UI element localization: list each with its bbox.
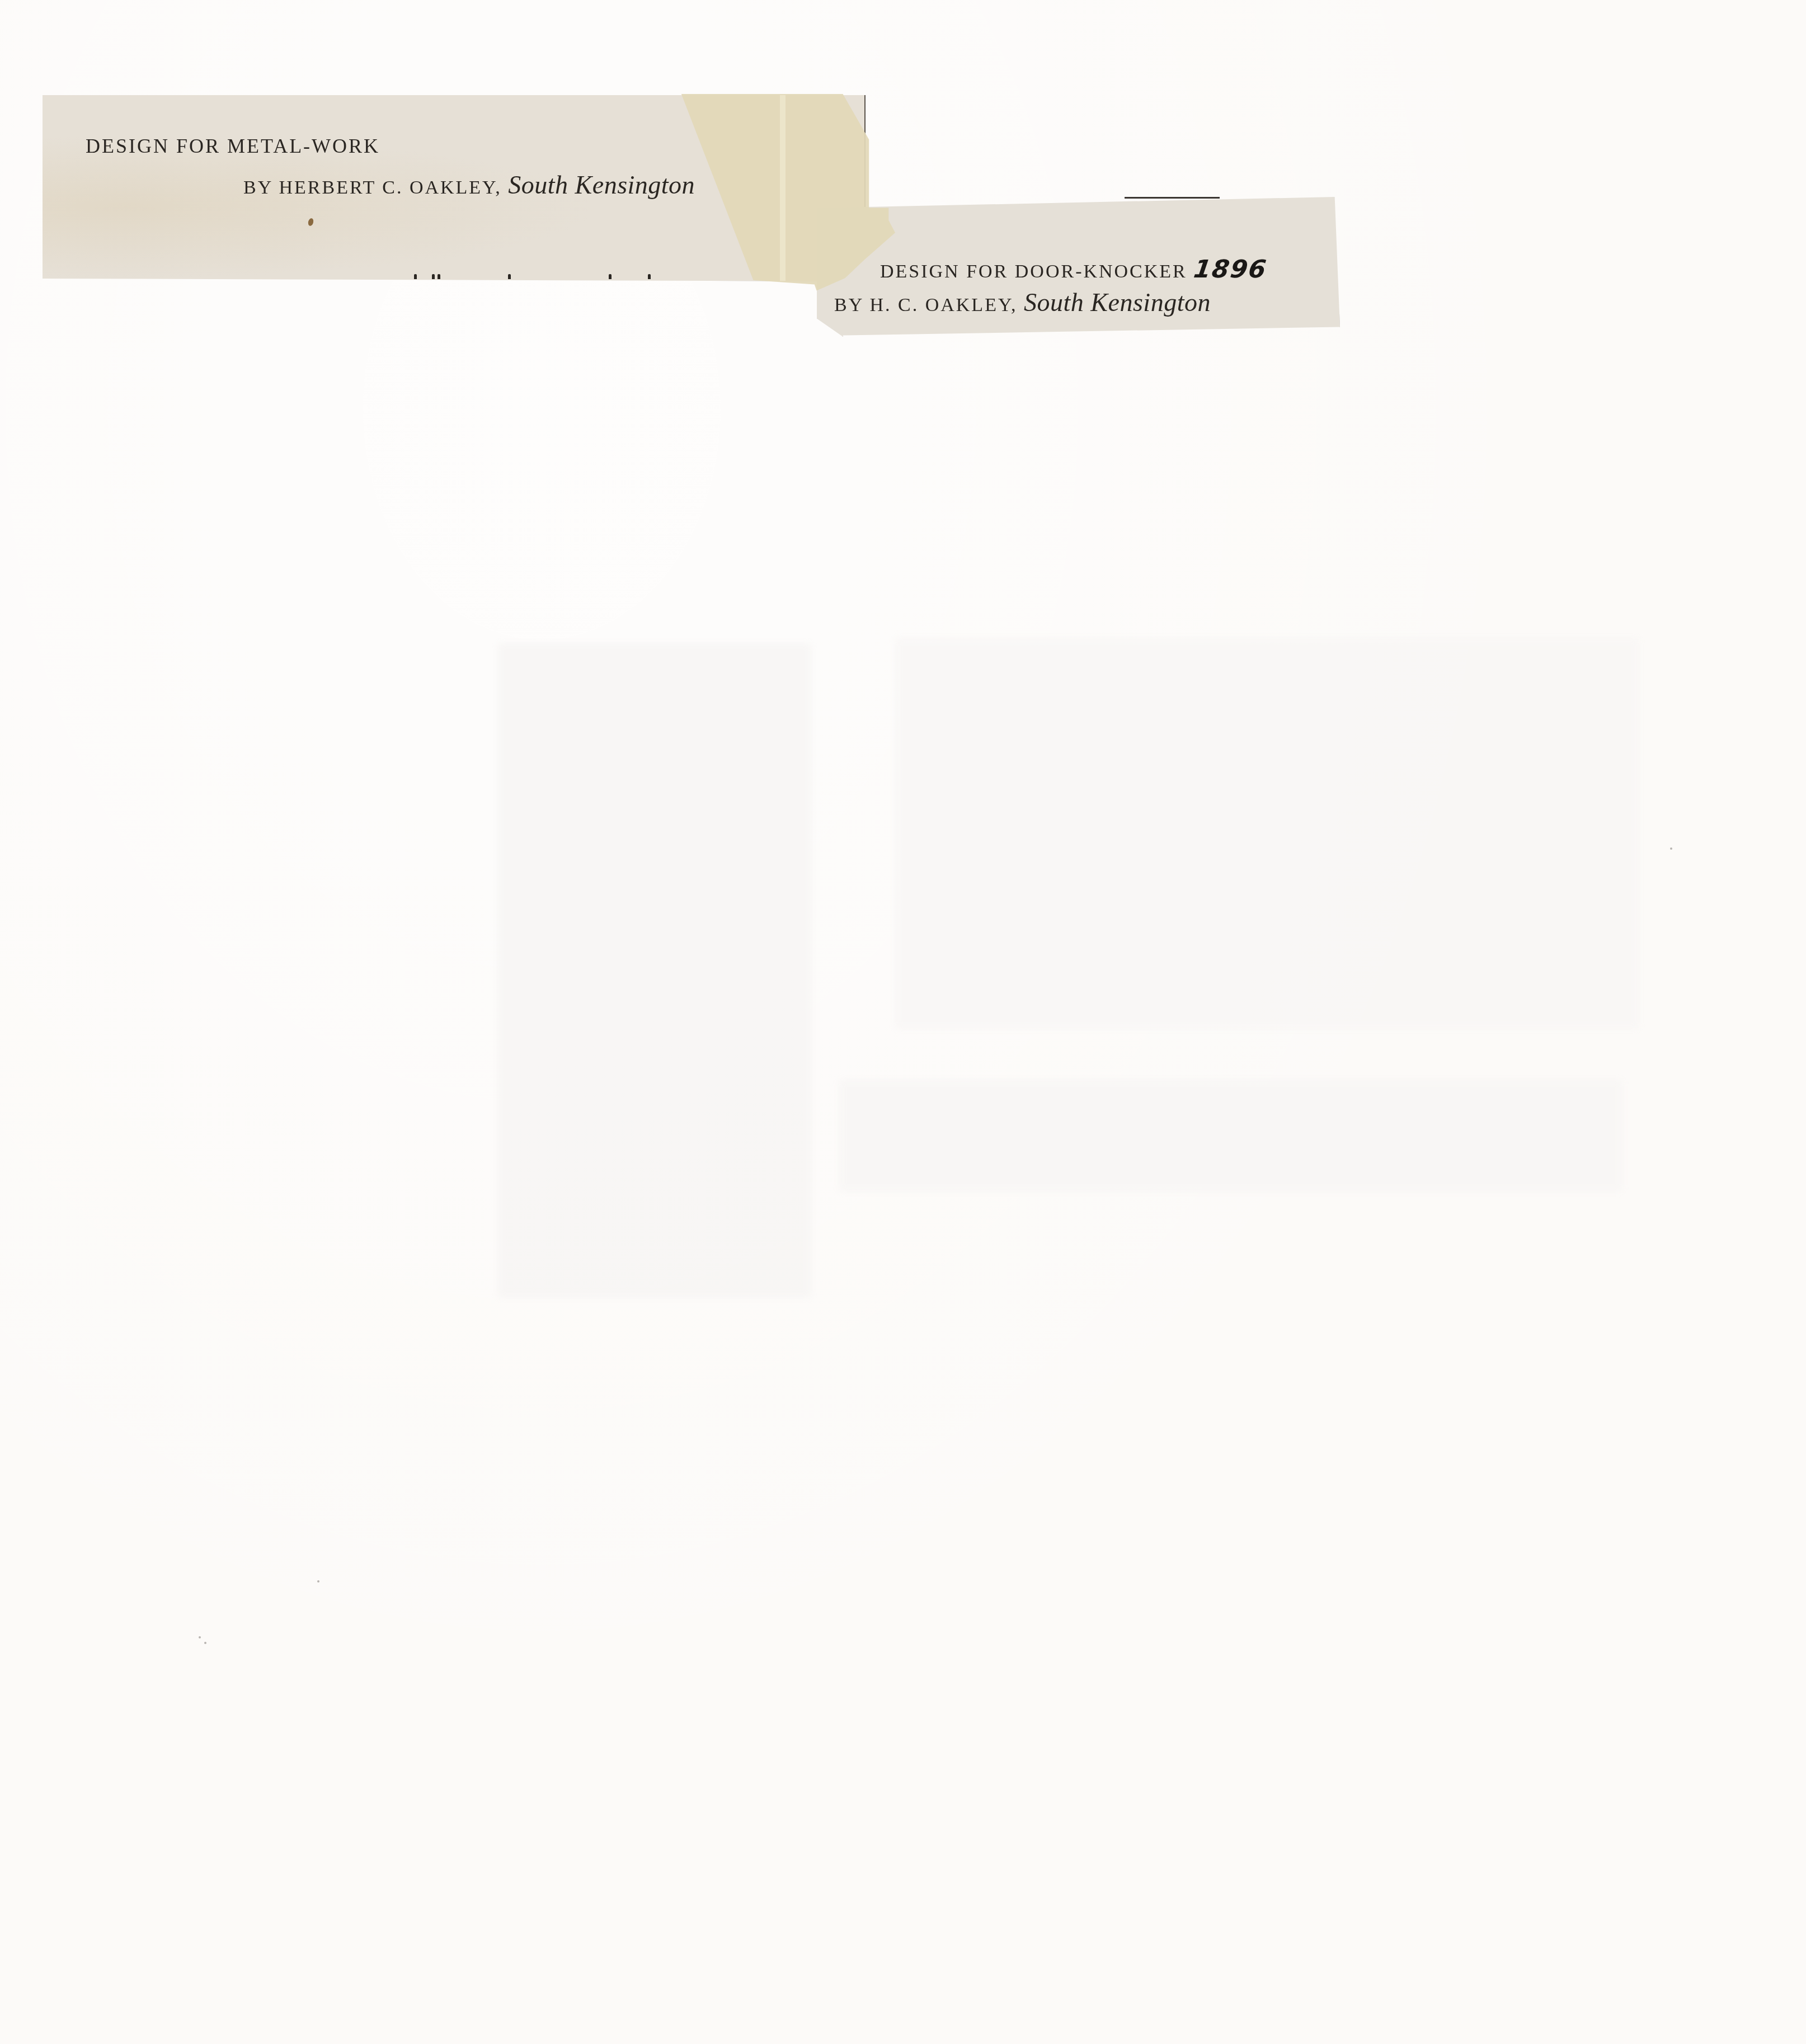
cut-letter-fragment [609,274,612,279]
clipping-rule-fragment [1125,197,1220,199]
cut-letter-fragment [432,274,435,279]
cut-letter-fragment [648,274,651,279]
cut-off-text-line [43,270,866,281]
cut-letter-fragment [508,274,511,279]
dust-speck [317,1580,319,1583]
show-through-text-line [839,1080,1622,1191]
clipping-title: DESIGN FOR DOOR-KNOCKER1896 [880,255,1267,284]
tape-fold-line [780,95,786,281]
cut-letter-fragment [414,274,417,279]
handwritten-year: 1896 [1192,255,1269,284]
show-through-illustration [498,643,811,1298]
paper-stain [307,218,314,227]
clipping-title: DESIGN FOR METAL-WORK [86,134,380,158]
clipping-door-knocker: DESIGN FOR DOOR-KNOCKER1896 BY H. C. OAK… [817,197,1340,337]
byline-author: BY HERBERT C. OAKLEY, [243,177,502,198]
dust-speck [1670,847,1672,850]
dust-speck [199,1636,201,1638]
clipping-title-text: DESIGN FOR DOOR-KNOCKER [880,261,1187,282]
byline-author: BY H. C. OAKLEY, [834,295,1018,315]
cut-letter-fragment [438,274,440,279]
clipping-byline: BY H. C. OAKLEY, South Kensington [834,288,1211,317]
show-through-text-block [895,638,1639,1029]
byline-place: South Kensington [1024,288,1211,317]
clipping-byline: BY HERBERT C. OAKLEY, South Kensington [243,170,695,200]
dust-speck [204,1642,206,1644]
mount-page: DESIGN FOR METAL-WORK BY HERBERT C. OAKL… [0,0,1806,2044]
byline-place: South Kensington [508,171,695,199]
